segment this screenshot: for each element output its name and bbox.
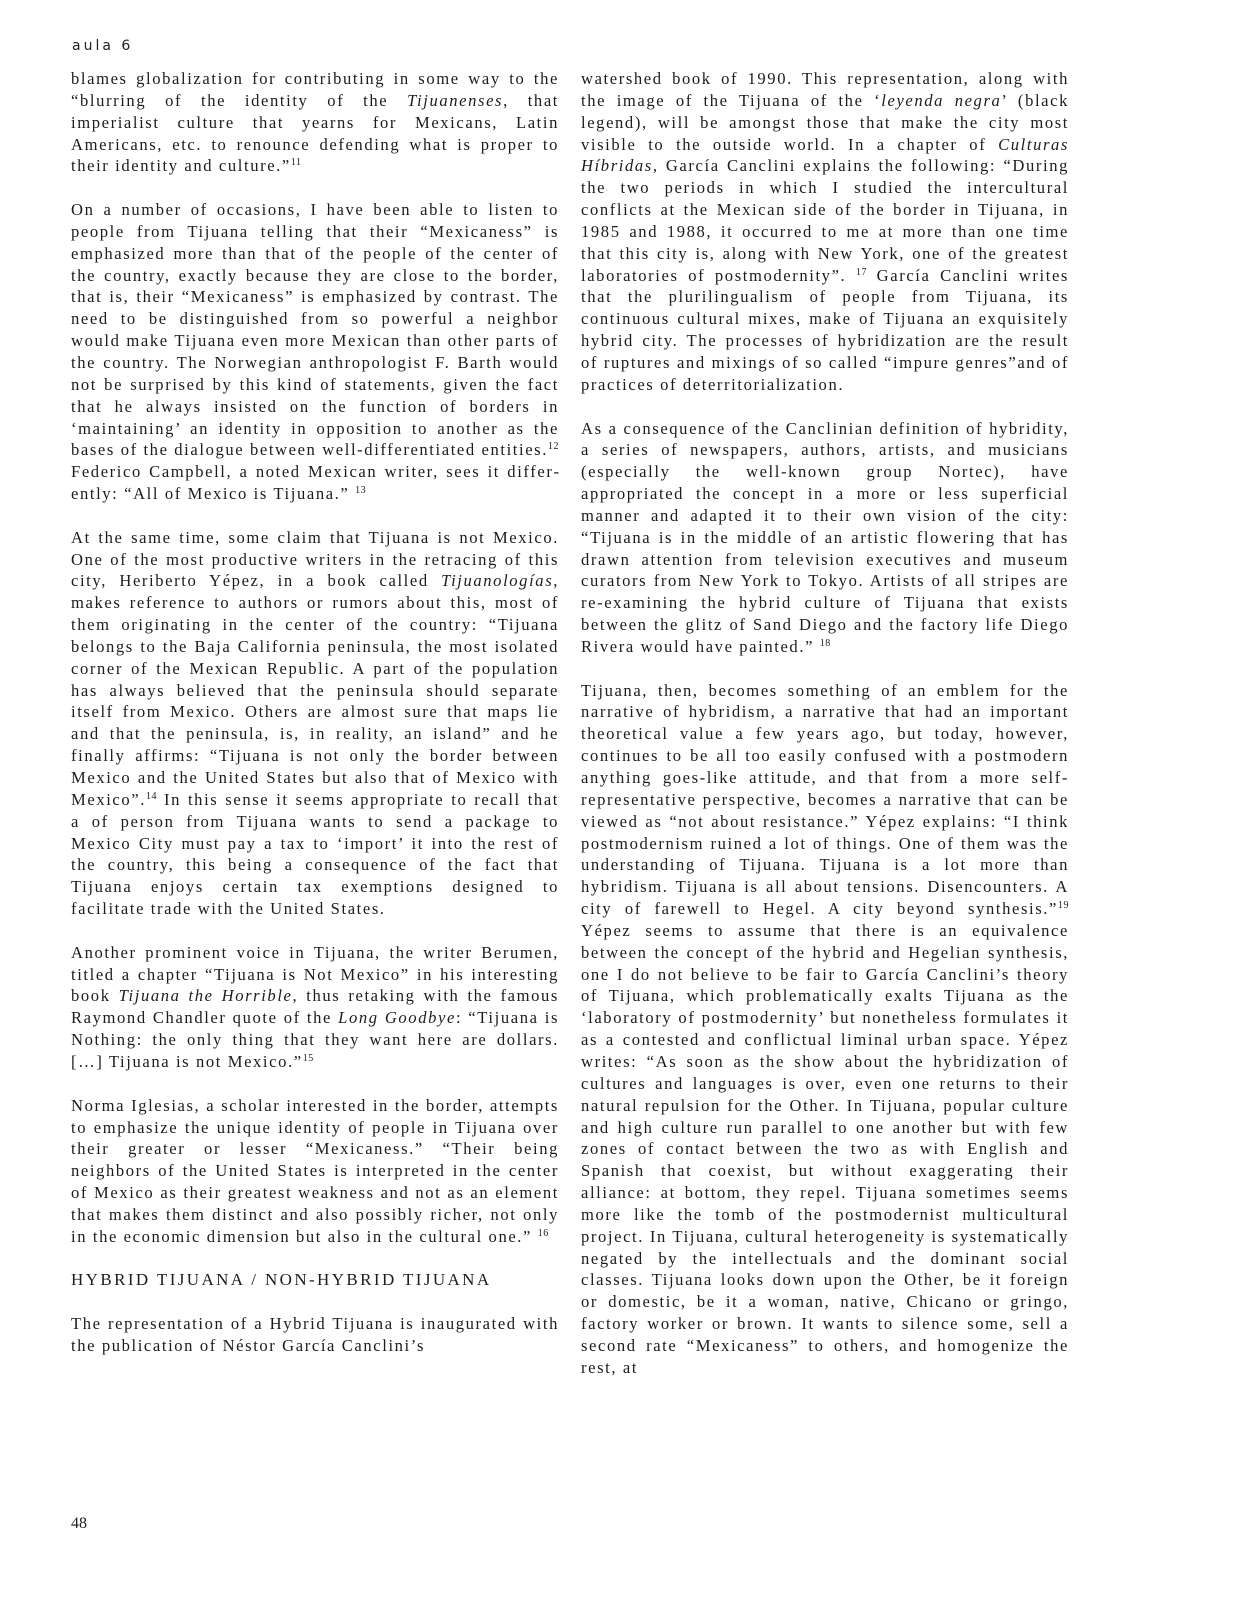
page-number: 48 bbox=[71, 1515, 87, 1533]
paragraph: The representation of a Hybrid Tijuana i… bbox=[71, 1313, 559, 1357]
paragraph: Tijuana, then, becomes something of an e… bbox=[581, 680, 1069, 1379]
left-column: blames globalization for contributing in… bbox=[71, 68, 559, 1357]
footnote-marker: 17 bbox=[856, 267, 867, 278]
paragraph: As a consequence of the Canclinian defin… bbox=[581, 418, 1069, 658]
footnote-marker: 16 bbox=[538, 1228, 549, 1239]
footnote-marker: 13 bbox=[355, 485, 366, 496]
paragraph: watershed book of 1990. This representat… bbox=[581, 68, 1069, 396]
section-heading: HYBRID TIJUANA / NON-HYBRID TIJUANA bbox=[71, 1269, 559, 1291]
paragraph: Another prominent voice in Tijuana, the … bbox=[71, 942, 559, 1073]
footnote-marker: 14 bbox=[146, 791, 157, 802]
footnote-marker: 15 bbox=[303, 1053, 314, 1064]
paragraph: On a number of occasions, I have been ab… bbox=[71, 199, 559, 505]
running-head: aula 6 bbox=[72, 38, 133, 54]
right-column: watershed book of 1990. This representat… bbox=[581, 68, 1069, 1379]
footnote-marker: 18 bbox=[820, 638, 831, 649]
paragraph: blames globalization for contributing in… bbox=[71, 68, 559, 177]
footnote-marker: 11 bbox=[291, 157, 302, 168]
footnote-marker: 12 bbox=[548, 441, 559, 452]
paragraph: At the same time, some claim that Tijuan… bbox=[71, 527, 559, 920]
paragraph: Norma Iglesias, a scholar interested in … bbox=[71, 1095, 559, 1248]
footnote-marker: 19 bbox=[1058, 900, 1069, 911]
